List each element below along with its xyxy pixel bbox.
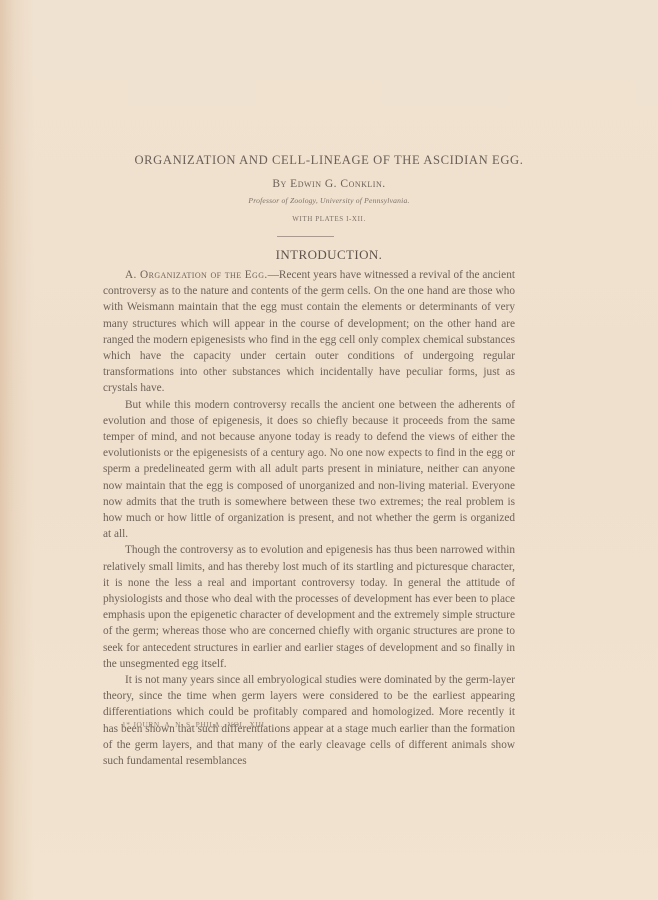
title-divider	[277, 236, 334, 237]
paragraph: But while this modern controversy recall…	[103, 397, 515, 543]
article-title: ORGANIZATION AND CELL-LINEAGE OF THE ASC…	[0, 153, 658, 168]
body-text: A. Organization of the Egg.—Recent years…	[103, 267, 515, 769]
section-heading: INTRODUCTION.	[0, 247, 658, 263]
paragraph-text: —Recent years have witnessed a revival o…	[103, 269, 515, 394]
paragraph: A. Organization of the Egg.—Recent years…	[103, 267, 515, 397]
author-byline: By Edwin G. Conklin.	[0, 178, 658, 190]
plates-note: WITH PLATES I-XII.	[0, 215, 658, 223]
paragraph: Though the controversy as to evolution a…	[103, 542, 515, 672]
document-page: ORGANIZATION AND CELL-LINEAGE OF THE ASC…	[0, 0, 658, 900]
paragraph-lead: A. Organization of the Egg.	[125, 269, 268, 281]
page-footer-signature: 1* JOURN. A. N. S. PHILA., VOL. XIII.	[122, 720, 267, 729]
author-affiliation: Professor of Zoology, University of Penn…	[0, 196, 658, 205]
